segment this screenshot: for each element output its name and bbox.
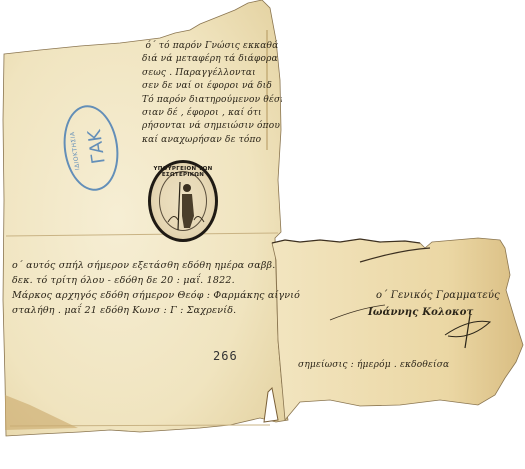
text-line: σεν δε ναί οι έφοροι νά διδ bbox=[142, 80, 282, 93]
signature-block: ο΄ Γενικός Γραμματεύς Ιωάννης Κολοκοτ bbox=[376, 287, 500, 321]
signatory-name: Ιωάννης Κολοκοτ bbox=[368, 304, 500, 321]
lower-handwritten-text: ο΄ αυτός σπήλ σήμερον εξετάσθη εδόθη ημέ… bbox=[12, 258, 300, 318]
seal-text: ΥΠΟΥΡΓΕΙΟΝ ΤΩΝ ΕΣΩΤΕΡΙΚΩΝ bbox=[151, 166, 215, 178]
text-line: σταλήθη . μαΐ 21 εδόθη Κωνσ : Γ : Σαχρεν… bbox=[12, 303, 300, 318]
right-flap bbox=[272, 238, 523, 420]
text-line: σιαν δέ , έφοροι , καί ότι bbox=[142, 107, 282, 120]
folio-number: 266 bbox=[213, 349, 238, 363]
text-line: Μάρκος αρχηγός εδόθη σήμερον Θεόφ : Φαρμ… bbox=[12, 288, 300, 303]
stamp-top-text: ΙΔΙΟΚΤΗΣΙΑ bbox=[69, 127, 82, 174]
text-line: διά νά μεταφέρη τά διάφορα bbox=[142, 53, 282, 66]
ministry-seal: ΥΠΟΥΡΓΕΙΟΝ ΤΩΝ ΕΣΩΤΕΡΙΚΩΝ bbox=[148, 160, 218, 242]
main-handwritten-text: ο΄ παρών ό΄ τό παρόν Γνώσις εκκαθά διά ν… bbox=[142, 40, 282, 147]
text-line: δεκ. τό τρίτη όλου - εδόθη δε 20 : μαΐ. … bbox=[12, 273, 300, 288]
text-line: ρήσονται νά σημειώσιν όπου bbox=[142, 120, 282, 133]
signatory-title: ο΄ Γενικός Γραμματεύς bbox=[376, 287, 500, 304]
text-line: Τό παρόν διατηρούμενον θέση bbox=[142, 94, 282, 107]
text-line: καί αναχωρήσαν δε τόπο bbox=[142, 134, 282, 147]
text-line: ο΄ αυτός σπήλ σήμερον εξετάσθη εδόθη ημέ… bbox=[12, 258, 300, 273]
text-line: σεως . Παραγγέλλονται bbox=[142, 67, 282, 80]
seal-figure-icon bbox=[159, 171, 207, 231]
note-text: σημείωσις : ήμερόμ . εκδοθείσα bbox=[298, 360, 449, 370]
text-line: ο΄ παρών ό΄ τό παρόν Γνώσις εκκαθά bbox=[142, 40, 282, 53]
stamp-main-text: ΓΑΚ bbox=[83, 120, 111, 172]
